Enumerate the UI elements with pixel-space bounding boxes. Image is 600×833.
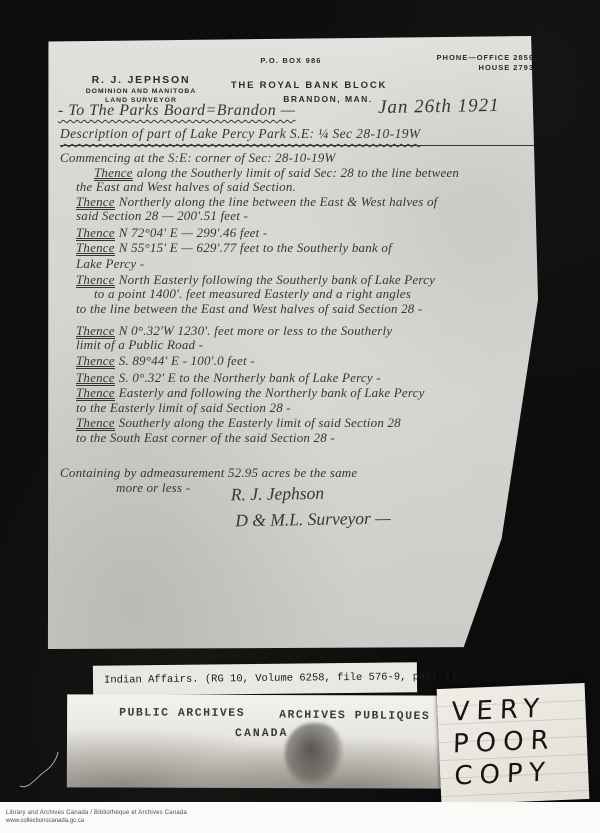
phone-office-text: PHONE—OFFICE 2859: [404, 53, 534, 63]
letter-line-text: to the line between the East and West ha…: [76, 301, 423, 316]
letter-line-text: N 55°15' E — 629'.77 feet to the Souther…: [119, 240, 392, 255]
letter-line-lead: Thence: [76, 225, 115, 241]
addressee-line: - To The Parks Board=Brandon —: [58, 102, 296, 120]
letter-line-lead: Thence: [76, 415, 115, 431]
signature-title: D & M.L. Surveyor —: [235, 505, 391, 534]
poor-copy-line: COPY: [454, 755, 589, 793]
description-title: Description of part of Lake Percy Park S…: [60, 126, 534, 146]
phone-house-text: HOUSE 2793: [404, 63, 534, 73]
letter-body: Description of part of Lake Percy Park S…: [60, 126, 534, 495]
letter-line: ThenceSoutherly along the Easterly limit…: [76, 416, 534, 431]
letter-line-lead: Thence: [94, 165, 133, 181]
letter-line-text: Southerly along the Easterly limit of sa…: [119, 415, 401, 430]
letter-line-text: Northerly along the line between the Eas…: [119, 194, 438, 209]
letter-line: the East and West halves of said Section…: [76, 180, 534, 195]
letter-line-lead: Thence: [76, 240, 115, 256]
surveyor-name: R. J. JEPHSON: [62, 76, 220, 85]
letter-line-text: North Easterly following the Southerly b…: [119, 272, 435, 287]
letter-line-text: limit of a Public Road -: [76, 337, 203, 352]
letter-line-lead: Thence: [76, 385, 115, 401]
building-name: THE ROYAL BANK BLOCK: [214, 80, 404, 91]
letter-line: Lake Percy -: [76, 257, 534, 272]
letter-line-text: to a point 1400'. feet measured Easterly…: [94, 286, 411, 301]
footer-credit-line2: www.collectionscanada.gc.ca: [6, 818, 84, 824]
letter-line-lead: Thence: [76, 353, 115, 369]
letter-line-text: more or less -: [116, 480, 190, 495]
letter-line: Containing by admeasurement 52.95 acres …: [60, 466, 534, 481]
letter-line-lead: Thence: [76, 370, 115, 386]
scratch-mark: [18, 748, 78, 793]
archives-stamp-strip: PUBLIC ARCHIVES ARCHIVES PUBLIQUES CANAD…: [67, 694, 447, 788]
letter-line-lead: Thence: [76, 323, 115, 339]
letter-line-text: said Section 28 — 200'.51 feet -: [76, 208, 248, 223]
letter-line: to the Easterly limit of said Section 28…: [76, 401, 534, 416]
signature-name: R. J. Jephson: [231, 483, 325, 505]
phone-block: PHONE—OFFICE 2859 HOUSE 2793: [404, 53, 534, 72]
surveyor-title-line1: DOMINION AND MANITOBA: [62, 87, 220, 96]
archives-publiques-text: ARCHIVES PUBLIQUES: [279, 709, 430, 724]
date-line: Jan 26th 1921: [378, 95, 500, 119]
letter-line-text: Easterly and following the Northerly ban…: [119, 385, 425, 400]
letter-line-lead: Thence: [76, 194, 115, 210]
archive-reference-label: Indian Affairs. (RG 10, Volume 6258, fil…: [93, 662, 417, 695]
letter-line-text: to the Easterly limit of said Section 28…: [76, 400, 291, 415]
letter-line-text: S. 89°44' E - 100'.0 feet -: [119, 353, 255, 368]
letter-line-text: N 72°04' E — 299'.46 feet -: [119, 225, 268, 240]
footer-credit-line1: Library and Archives Canada / Bibliothèq…: [6, 810, 187, 816]
letter-line: ThenceN 55°15' E — 629'.77 feet to the S…: [76, 241, 534, 256]
letter-line: to a point 1400'. feet measured Easterly…: [94, 287, 534, 302]
letter-line-lead: Thence: [76, 272, 115, 288]
letter-line-text: along the Southerly limit of said Sec: 2…: [137, 165, 459, 180]
letter-line-text: Containing by admeasurement 52.95 acres …: [60, 465, 357, 480]
letter-line: ThenceS. 89°44' E - 100'.0 feet -: [76, 354, 534, 369]
canada-text: CANADA: [235, 727, 288, 740]
letter-line: ThenceEasterly and following the Norther…: [76, 386, 534, 401]
public-archives-text: PUBLIC ARCHIVES: [119, 707, 245, 720]
ink-blob: [285, 723, 343, 785]
letter-line: ThenceS. 0°.32' E to the Northerly bank …: [76, 371, 534, 386]
surveyor-name-block: R. J. JEPHSON DOMINION AND MANITOBA LAND…: [62, 76, 220, 105]
footer-bar: Library and Archives Canada / Bibliothèq…: [0, 802, 600, 833]
letter-lines: Commencing at the S:E: corner of Sec: 28…: [60, 151, 534, 495]
document-page: P.O. BOX 986 PHONE—OFFICE 2859 HOUSE 279…: [46, 36, 538, 649]
letter-line: to the South East corner of the said Sec…: [76, 431, 534, 446]
poor-copy-note: VERY POOR COPY: [437, 683, 590, 805]
po-box-text: P.O. BOX 986: [231, 56, 351, 65]
archive-reference-text: Indian Affairs. (RG 10, Volume 6258, fil…: [104, 671, 457, 687]
letter-line: ThenceNortherly along the line between t…: [76, 195, 534, 210]
letter-line: Thencealong the Southerly limit of said …: [94, 166, 534, 181]
signature-block: R. J. Jephson D & M.L. Surveyor —: [231, 479, 391, 534]
letter-line-text: Lake Percy -: [76, 256, 144, 271]
letter-line-text: Commencing at the S:E: corner of Sec: 28…: [60, 150, 335, 165]
letter-line-text: to the South East corner of the said Sec…: [76, 430, 335, 445]
letter-line: ThenceN 72°04' E — 299'.46 feet -: [76, 226, 534, 241]
letter-line: limit of a Public Road -: [76, 338, 534, 353]
letter-line: Commencing at the S:E: corner of Sec: 28…: [60, 151, 534, 166]
letter-line: ThenceNorth Easterly following the South…: [76, 273, 534, 288]
letter-line: to the line between the East and West ha…: [76, 302, 534, 317]
scan-background: { "colors":{"scan_bg":"#0c0c0c","page_bg…: [0, 0, 600, 833]
letter-line-text: S. 0°.32' E to the Northerly bank of Lak…: [119, 370, 381, 385]
letter-line-text: the East and West halves of said Section…: [76, 179, 296, 194]
letter-line: said Section 28 — 200'.51 feet -: [76, 209, 534, 224]
letter-line: ThenceN 0°.32'W 1230'. feet more or less…: [76, 324, 534, 339]
letter-line-text: N 0°.32'W 1230'. feet more or less to th…: [119, 323, 393, 338]
